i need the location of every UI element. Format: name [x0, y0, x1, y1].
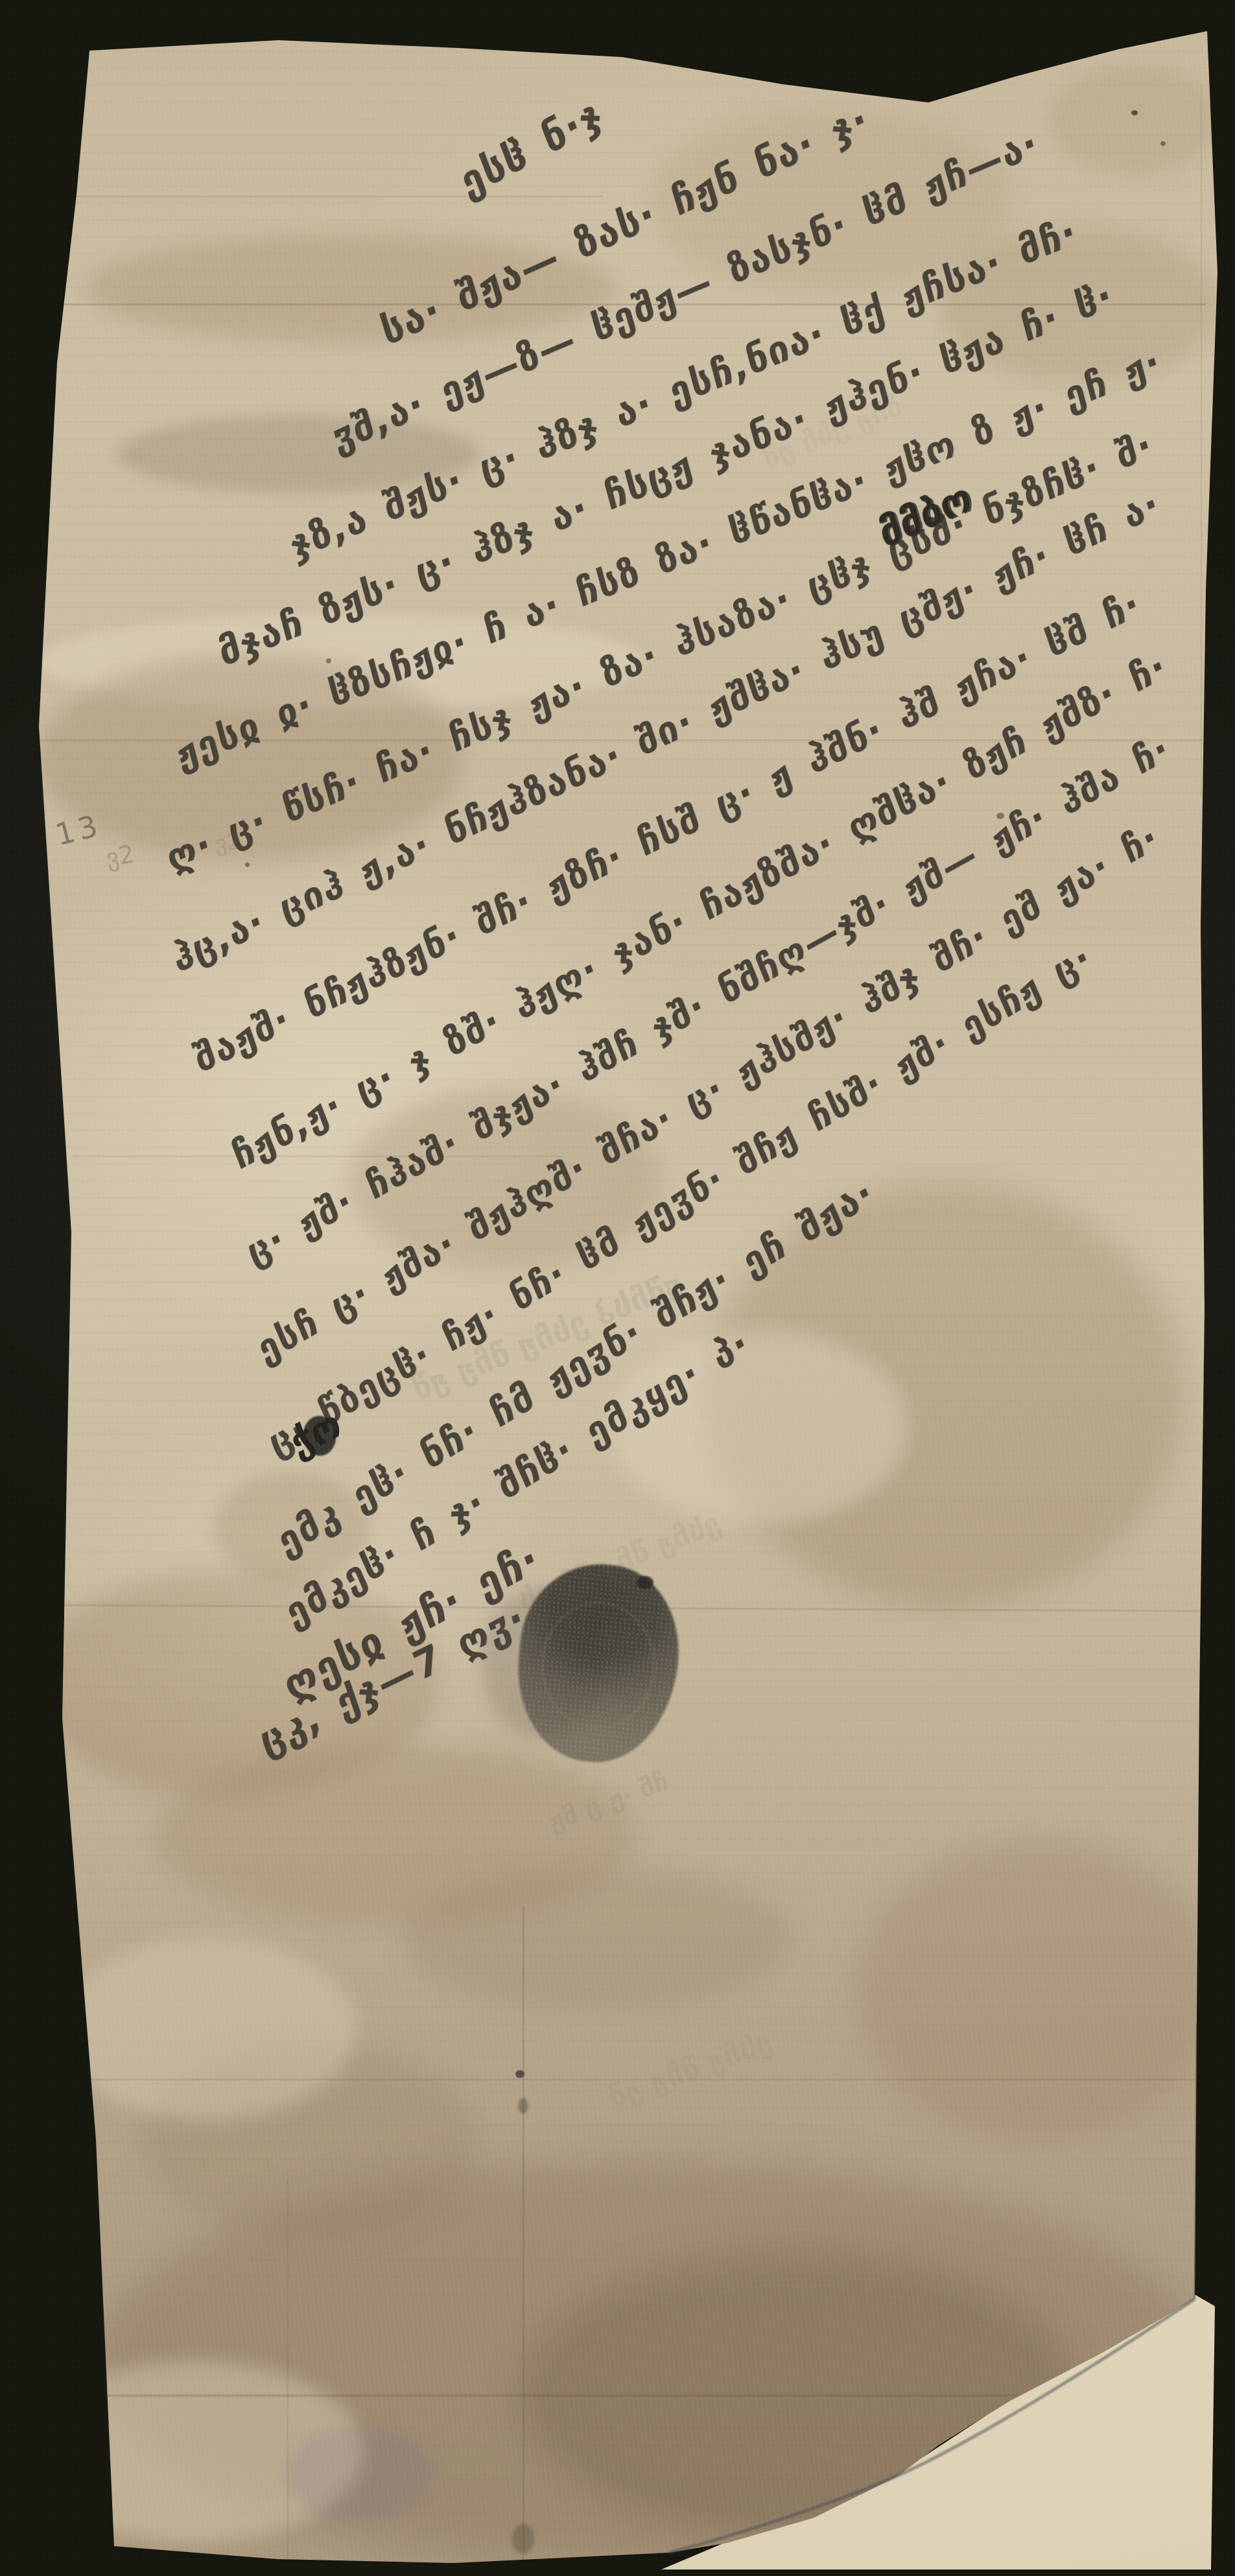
- fold-crease: [58, 196, 603, 197]
- manuscript-line: მჯაჩ ზჟს· ც· ჰზჯ ა· ჩსცჟ ჯანა· ჟჰენ· ჱჟა…: [214, 272, 1118, 675]
- fold-crease-vertical: [1201, 84, 1202, 798]
- manuscript-sheet: ჟშჩსჰ ესჩჟ შჩჟ ჟშ ესჩჟ შჩ ჟშჩ ეს ესჩჟ შჩ…: [0, 0, 1235, 2576]
- ink-speck: [1160, 141, 1166, 146]
- crease-smudge: [512, 2524, 534, 2554]
- bleedthrough-line: ესჩჟ შჩჟ ჟშ: [604, 2023, 777, 2115]
- stain: [26, 2361, 363, 2542]
- stain: [609, 1330, 908, 1524]
- fold-crease-vertical: [523, 1907, 524, 2562]
- fold-crease-vertical: [287, 2179, 288, 2558]
- stain: [402, 1868, 791, 2010]
- ink-speck: [515, 2070, 524, 2078]
- violet-smudge: [285, 2426, 434, 2523]
- bleedthrough-line: ესჩჟ შჩ ჟშჩ ეს: [513, 1505, 727, 1618]
- manuscript-line: ესჱ ნ·ჯ: [454, 89, 609, 207]
- stain: [156, 1745, 635, 1926]
- ink-speck: [1131, 110, 1138, 115]
- ink-seal-inner-ring: [541, 1602, 655, 1729]
- stain: [143, 2043, 480, 2237]
- fold-crease: [39, 1604, 1206, 1612]
- pencil-number: 13: [52, 807, 105, 852]
- ink-speck: [245, 863, 250, 867]
- bleedthrough-line: ჟშ ც ჟ· შჩ: [545, 1767, 673, 1838]
- fold-crease: [71, 1156, 564, 1157]
- crease-knot: [518, 2098, 528, 2114]
- ink-seal-satellite-dot: [637, 1576, 653, 1589]
- ink-speck: [326, 658, 331, 663]
- stain: [856, 1842, 1219, 2140]
- stain: [1050, 65, 1219, 175]
- stain: [58, 1939, 357, 2121]
- pencil-scribble-faint: ვ2: [214, 829, 242, 857]
- photo-backdrop: ჟშჩსჰ ესჩჟ შჩჟ ჟშ ესჩჟ შჩ ჟშჩ ეს ესჩჟ შჩ…: [0, 0, 1235, 2576]
- pencil-scribble: ვ2: [104, 839, 137, 872]
